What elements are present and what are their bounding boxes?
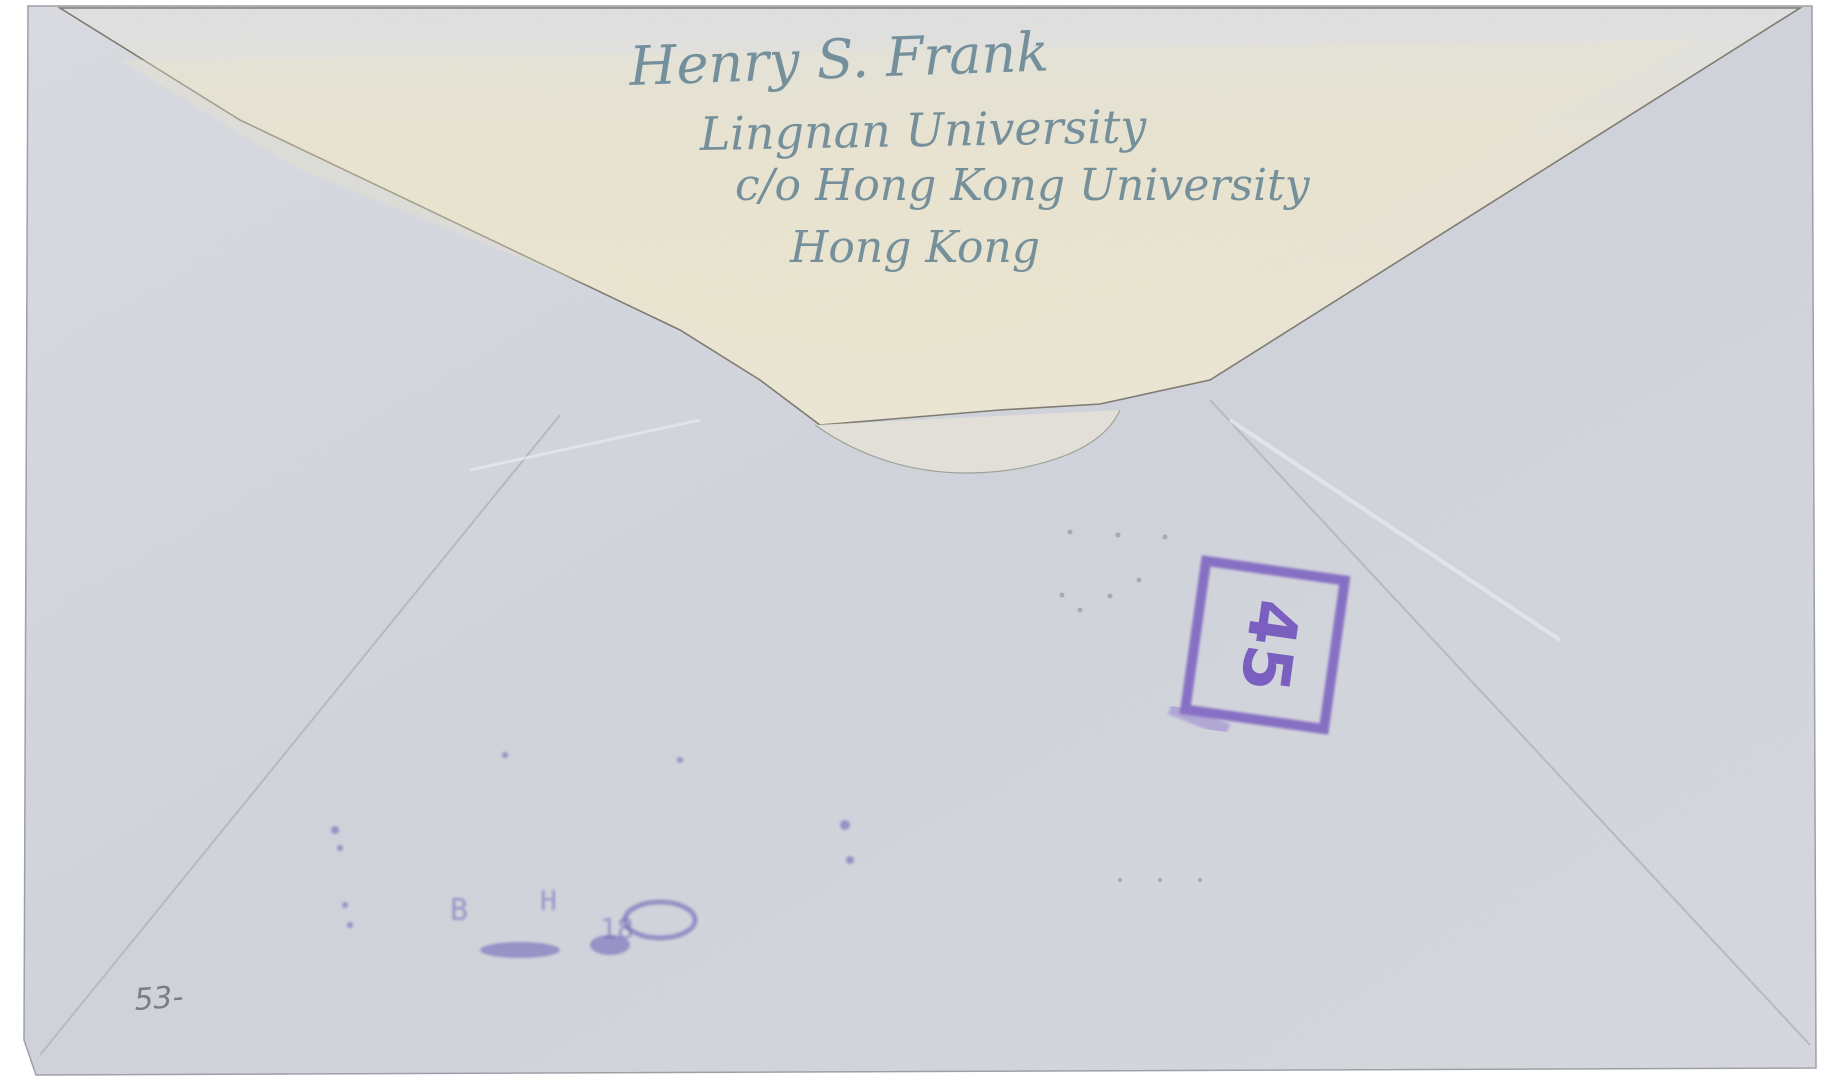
envelope-photo: Henry S. Frank Lingnan University c/o Ho… [0,0,1842,1089]
pencil-note: 53- [133,980,184,1018]
sender-care-of: c/o Hong Kong University [735,160,1311,211]
sender-city: Hong Kong [789,222,1040,273]
sender-institution: Lingnan University [698,99,1148,161]
postmark-fragment-2: H [540,884,557,917]
censor-number: 45 [1225,595,1314,697]
postmark-fragment-1: B [450,893,468,928]
postmark-fragment-3: 18 [600,912,634,945]
